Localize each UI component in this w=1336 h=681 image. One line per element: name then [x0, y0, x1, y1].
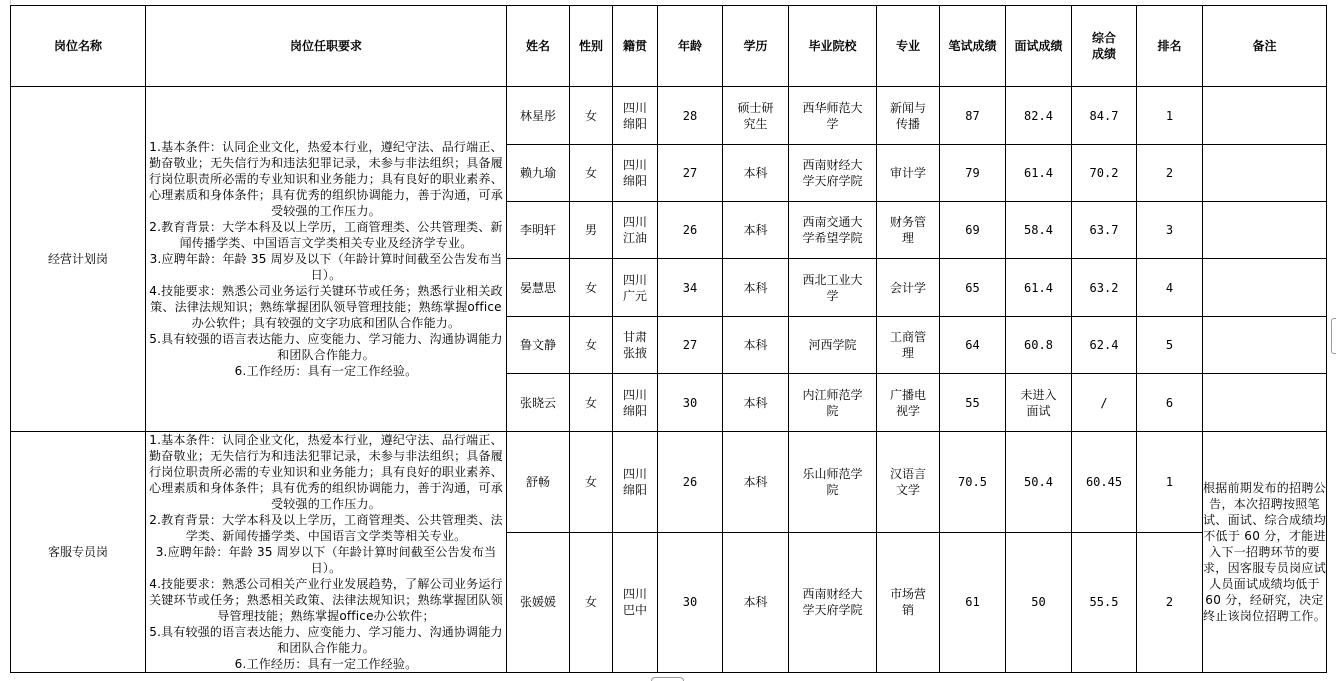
candidate-school: 乐山师范学院	[789, 432, 877, 533]
remarks	[1203, 145, 1327, 202]
candidate-school: 西北工业大学	[789, 259, 877, 317]
candidate-major: 会计学	[877, 259, 940, 317]
candidate-name: 张晓云	[507, 374, 570, 432]
candidate-native-place: 甘肃张掖	[613, 317, 658, 374]
written-score: 55	[940, 374, 1006, 432]
candidate-major: 广播电视学	[877, 374, 940, 432]
candidate-education: 本科	[723, 532, 789, 672]
candidate-gender: 女	[570, 87, 613, 145]
position-name: 经营计划岗	[11, 87, 146, 432]
candidate-school: 内江师范学院	[789, 374, 877, 432]
candidate-education: 本科	[723, 145, 789, 202]
header-total-score: 综合成绩	[1072, 6, 1137, 87]
candidate-name: 张媛媛	[507, 532, 570, 672]
written-score: 79	[940, 145, 1006, 202]
interview-score: 58.4	[1006, 202, 1072, 259]
remarks	[1203, 317, 1327, 374]
candidate-education: 本科	[723, 374, 789, 432]
header-education: 学历	[723, 6, 789, 87]
candidate-school: 河西学院	[789, 317, 877, 374]
candidate-education: 本科	[723, 259, 789, 317]
header-rank: 排名	[1137, 6, 1203, 87]
candidate-education: 硕士研究生	[723, 87, 789, 145]
candidate-school: 西华师范大学	[789, 87, 877, 145]
candidate-age: 28	[658, 87, 723, 145]
scroll-handle-right[interactable]	[1331, 318, 1336, 354]
total-score: 63.2	[1072, 259, 1137, 317]
candidate-native-place: 四川绵阳	[613, 87, 658, 145]
header-native-place: 籍贯	[613, 6, 658, 87]
candidate-major: 审计学	[877, 145, 940, 202]
candidate-age: 26	[658, 202, 723, 259]
candidate-gender: 女	[570, 145, 613, 202]
written-score: 87	[940, 87, 1006, 145]
candidate-major: 市场营销	[877, 532, 940, 672]
candidate-school: 西南财经大学天府学院	[789, 145, 877, 202]
rank: 5	[1137, 317, 1203, 374]
candidate-school: 西南交通大学希望学院	[789, 202, 877, 259]
candidate-native-place: 四川巴中	[613, 532, 658, 672]
candidate-education: 本科	[723, 202, 789, 259]
header-gender: 性别	[570, 6, 613, 87]
interview-score: 61.4	[1006, 259, 1072, 317]
candidate-school: 西南财经大学天府学院	[789, 532, 877, 672]
candidate-name: 赖九瑜	[507, 145, 570, 202]
header-remarks: 备注	[1203, 6, 1327, 87]
candidate-name: 林星彤	[507, 87, 570, 145]
written-score: 70.5	[940, 432, 1006, 533]
candidate-gender: 女	[570, 259, 613, 317]
interview-score: 82.4	[1006, 87, 1072, 145]
written-score: 61	[940, 532, 1006, 672]
table-row: 客服专员岗 1.基本条件：认同企业文化，热爱本行业，遵纪守法、品行端正、勤奋敬业…	[11, 432, 1327, 533]
header-interview-score: 面试成绩	[1006, 6, 1072, 87]
interview-score: 50.4	[1006, 432, 1072, 533]
header-requirements: 岗位任职要求	[146, 6, 507, 87]
candidate-gender: 女	[570, 532, 613, 672]
candidate-age: 34	[658, 259, 723, 317]
written-score: 69	[940, 202, 1006, 259]
remarks	[1203, 259, 1327, 317]
candidate-gender: 男	[570, 202, 613, 259]
header-name: 姓名	[507, 6, 570, 87]
header-written-score: 笔试成绩	[940, 6, 1006, 87]
candidate-gender: 女	[570, 317, 613, 374]
position-name: 客服专员岗	[11, 432, 146, 673]
candidate-major: 新闻与传播	[877, 87, 940, 145]
total-score: 55.5	[1072, 532, 1137, 672]
rank: 1	[1137, 87, 1203, 145]
interview-score: 61.4	[1006, 145, 1072, 202]
candidate-gender: 女	[570, 432, 613, 533]
candidate-native-place: 四川江油	[613, 202, 658, 259]
rank: 2	[1137, 145, 1203, 202]
header-row: 岗位名称 岗位任职要求 姓名 性别 籍贯 年龄 学历 毕业院校 专业 笔试成绩 …	[11, 6, 1327, 87]
candidate-native-place: 四川绵阳	[613, 432, 658, 533]
total-score: 70.2	[1072, 145, 1137, 202]
candidate-native-place: 四川绵阳	[613, 374, 658, 432]
header-age: 年龄	[658, 6, 723, 87]
position-requirements: 1.基本条件：认同企业文化，热爱本行业，遵纪守法、品行端正、勤奋敬业；无失信行为…	[146, 87, 507, 432]
candidate-major: 汉语言文学	[877, 432, 940, 533]
candidate-name: 舒畅	[507, 432, 570, 533]
header-school: 毕业院校	[789, 6, 877, 87]
position-requirements: 1.基本条件：认同企业文化，热爱本行业，遵纪守法、品行端正、勤奋敬业；无失信行为…	[146, 432, 507, 673]
total-score: /	[1072, 374, 1137, 432]
written-score: 64	[940, 317, 1006, 374]
candidate-age: 30	[658, 532, 723, 672]
remarks	[1203, 374, 1327, 432]
remarks	[1203, 87, 1327, 145]
candidate-age: 27	[658, 317, 723, 374]
total-score: 63.7	[1072, 202, 1137, 259]
candidate-age: 27	[658, 145, 723, 202]
candidate-age: 30	[658, 374, 723, 432]
interview-score: 60.8	[1006, 317, 1072, 374]
interview-score: 50	[1006, 532, 1072, 672]
candidate-name: 鲁文静	[507, 317, 570, 374]
candidate-native-place: 四川广元	[613, 259, 658, 317]
rank: 4	[1137, 259, 1203, 317]
candidate-native-place: 四川绵阳	[613, 145, 658, 202]
candidate-name: 李明轩	[507, 202, 570, 259]
total-score: 62.4	[1072, 317, 1137, 374]
remarks	[1203, 202, 1327, 259]
total-score: 84.7	[1072, 87, 1137, 145]
rank: 2	[1137, 532, 1203, 672]
candidate-gender: 女	[570, 374, 613, 432]
sheet-corner	[0, 0, 11, 4]
candidate-major: 财务管理	[877, 202, 940, 259]
candidate-education: 本科	[723, 432, 789, 533]
written-score: 65	[940, 259, 1006, 317]
candidate-age: 26	[658, 432, 723, 533]
header-major: 专业	[877, 6, 940, 87]
recruitment-results-table: 岗位名称 岗位任职要求 姓名 性别 籍贯 年龄 学历 毕业院校 专业 笔试成绩 …	[10, 5, 1327, 673]
scroll-handle-bottom[interactable]	[651, 677, 684, 681]
header-position: 岗位名称	[11, 6, 146, 87]
interview-score: 未进入面试	[1006, 374, 1072, 432]
candidate-name: 晏慧思	[507, 259, 570, 317]
rank: 6	[1137, 374, 1203, 432]
rank: 1	[1137, 432, 1203, 533]
rank: 3	[1137, 202, 1203, 259]
table-row: 经营计划岗 1.基本条件：认同企业文化，热爱本行业，遵纪守法、品行端正、勤奋敬业…	[11, 87, 1327, 145]
total-score: 60.45	[1072, 432, 1137, 533]
remarks-note: 根据前期发布的招聘公告，本次招聘按照笔试、面试、综合成绩均不低于 60 分，才能…	[1203, 432, 1327, 673]
candidate-major: 工商管理	[877, 317, 940, 374]
candidate-education: 本科	[723, 317, 789, 374]
